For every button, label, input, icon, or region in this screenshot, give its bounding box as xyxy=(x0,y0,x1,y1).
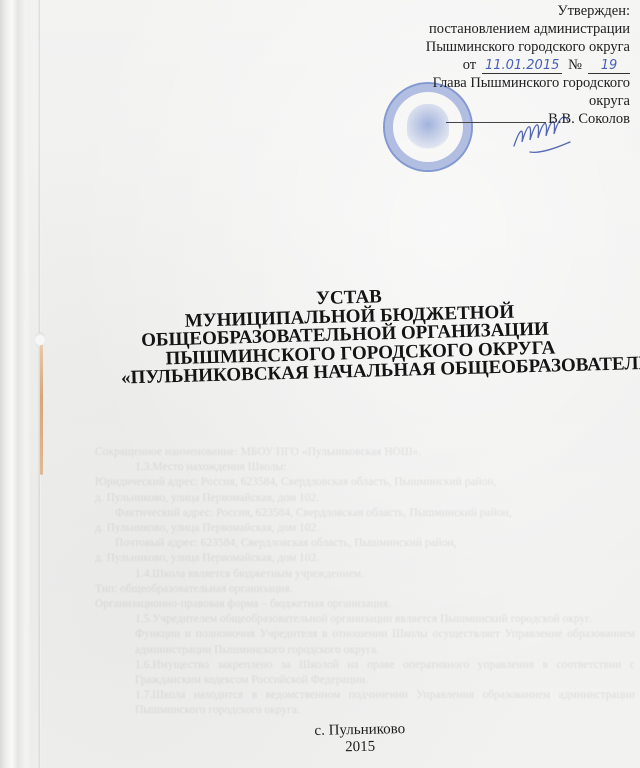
year: 2015 xyxy=(290,738,430,758)
signer-name: В.В. Соколов xyxy=(548,110,630,128)
document-page: Сокращенное наименование: МБОУ ПГО «Пуль… xyxy=(0,0,640,768)
bleed-line: 1.3.Место нахождения Школы: xyxy=(95,460,635,475)
signer-row: В.В. Соколов xyxy=(390,110,630,128)
bleed-line: д. Пульниково, улица Первомайская, дом 1… xyxy=(95,551,635,566)
number-prefix: № xyxy=(568,56,582,74)
document-title: УСТАВ МУНИЦИПАЛЬНОЙ БЮДЖЕТНОЙ ОБЩЕОБРАЗО… xyxy=(0,281,640,391)
bleed-line: Юридический адрес: Россия, 623584, Сверд… xyxy=(95,475,635,490)
place-and-year: с. Пульниково 2015 xyxy=(290,721,431,758)
bleed-line: 1.6.Имущество закреплено за Школой на пр… xyxy=(95,658,635,688)
signature-line xyxy=(446,122,546,123)
approval-date-row: от 11.01.2015 № 19 xyxy=(390,56,630,74)
approval-date: 11.01.2015 xyxy=(482,58,562,74)
approval-number: 19 xyxy=(588,58,630,74)
bleed-line: д. Пульниково, улица Первомайская, дом 1… xyxy=(95,521,635,536)
approval-block: Утвержден: постановлением администрации … xyxy=(390,2,630,128)
date-prefix: от xyxy=(463,56,476,74)
approval-line-1: постановлением администрации xyxy=(390,20,630,38)
approval-heading: Утвержден: xyxy=(390,2,630,20)
approval-line-5: округа xyxy=(390,92,630,110)
bleed-line: Организационно-правовая форма – бюджетна… xyxy=(95,597,635,612)
approval-line-2: Пышминского городского округа xyxy=(390,38,630,56)
bleed-line: 1.4.Школа является бюджетным учреждением… xyxy=(95,567,635,582)
bleed-line: 1.5.Учредителем общеобразовательной орга… xyxy=(95,612,635,627)
bleed-line: Сокращенное наименование: МБОУ ПГО «Пуль… xyxy=(95,445,635,460)
bleed-line: 1.7.Школа находится в ведомственном подч… xyxy=(95,688,635,718)
bleed-line: Тип: общеобразовательная организация. xyxy=(95,582,635,597)
bleed-line: Почтовый адрес: 623584, Свердловская обл… xyxy=(95,536,635,551)
approval-line-4: Глава Пышминского городского xyxy=(390,74,630,92)
bleed-line: Функции и полномочия Учредителя в отноше… xyxy=(95,627,635,657)
bleed-line: Фактический адрес: Россия, 623584, Сверд… xyxy=(95,506,635,521)
bleed-line: д. Пульниково, улица Первомайская, дом 1… xyxy=(95,491,635,506)
